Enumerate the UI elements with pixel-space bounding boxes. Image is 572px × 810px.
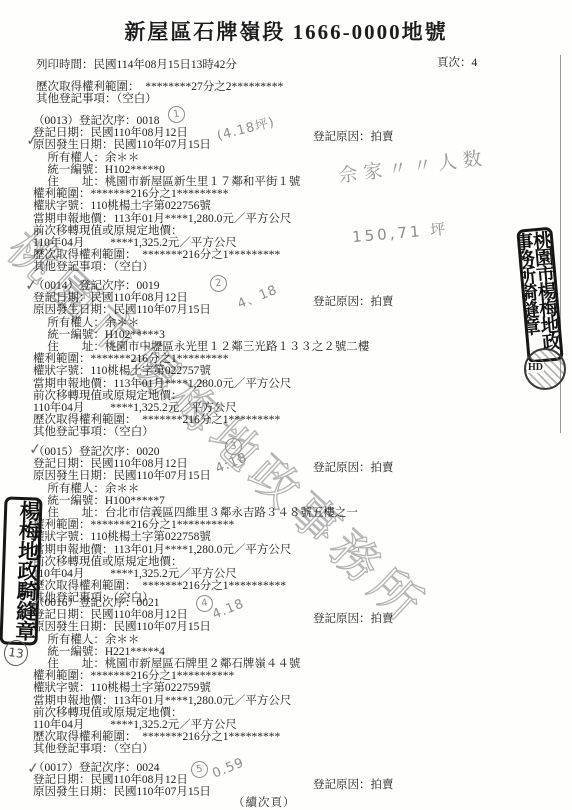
registration-block-0017: （0017）登記次序：0024 登記日期：民國110年08月12日 原因發生日期…	[33, 762, 211, 799]
circular-hd-stamp: HD	[524, 348, 566, 390]
block-0013-lines: （0013）登記次序：0018 登記日期：民國110年08月12日 原因發生日期…	[33, 115, 300, 274]
continued-next-page-label: （續次頁）	[233, 794, 296, 810]
block-0015-lines: （0015）登記次序：0020 登記日期：民國110年08月12日 原因發生日期…	[33, 446, 358, 605]
left-edge-binding-stamp: 楊梅地政騎縫章	[0, 496, 43, 645]
block-0016-lines: （0016）登記次序：0021 登記日期：民國110年08月12日 原因發生日期…	[33, 597, 300, 756]
page-number-label: 頁次：4	[437, 54, 477, 70]
right-edge-binding-stamp: 桃園市楊梅地政事務所騎縫章	[516, 227, 564, 364]
registration-block-0015: （0015）登記次序：0020 登記日期：民國110年08月12日 原因發生日期…	[33, 446, 358, 605]
land-registry-transcript-page: 桃園市楊梅地政事務所 新屋區石牌嶺段 1666-0000地號 列印時間：民國11…	[0, 0, 572, 810]
carryover-lines: 歷次取得權利範圍： ********27分之2********* 其他登記事項：…	[36, 81, 283, 106]
registration-block-0016: （0016）登記次序：0021 登記日期：民國110年08月12日 原因發生日期…	[33, 597, 300, 756]
handwritten-checkmark: ✓	[29, 593, 43, 612]
print-time-label: 列印時間：民國114年08月15日13時42分	[36, 56, 237, 72]
handwritten-checkmark: ✓	[25, 130, 39, 149]
block-0013-reason: 登記原因：拍賣	[313, 128, 394, 144]
block-0017-reason: 登記原因：拍賣	[313, 776, 394, 792]
block-0017-lines: （0017）登記次序：0024 登記日期：民國110年08月12日 原因發生日期…	[33, 762, 211, 799]
document-title: 新屋區石牌嶺段 1666-0000地號	[0, 16, 572, 46]
circular-stamp-text: HD	[527, 362, 544, 373]
block-0016-reason: 登記原因：拍賣	[313, 610, 394, 626]
block-0014-reason: 登記原因：拍賣	[313, 293, 394, 309]
block-0015-reason: 登記原因：拍賣	[313, 459, 394, 475]
handwritten-family-note: 佘家〃〃人数	[337, 143, 489, 188]
handwritten-checkmark: ✓	[26, 758, 40, 777]
registration-block-0013: （0013）登記次序：0018 登記日期：民國110年08月12日 原因發生日期…	[33, 115, 300, 274]
handwritten-checkmark: ✓	[28, 439, 42, 458]
handwritten-note: 0.59	[210, 755, 246, 781]
handwritten-area-note: 150,71 坪	[351, 218, 449, 247]
handwritten-checkmark: ✓	[24, 275, 38, 294]
